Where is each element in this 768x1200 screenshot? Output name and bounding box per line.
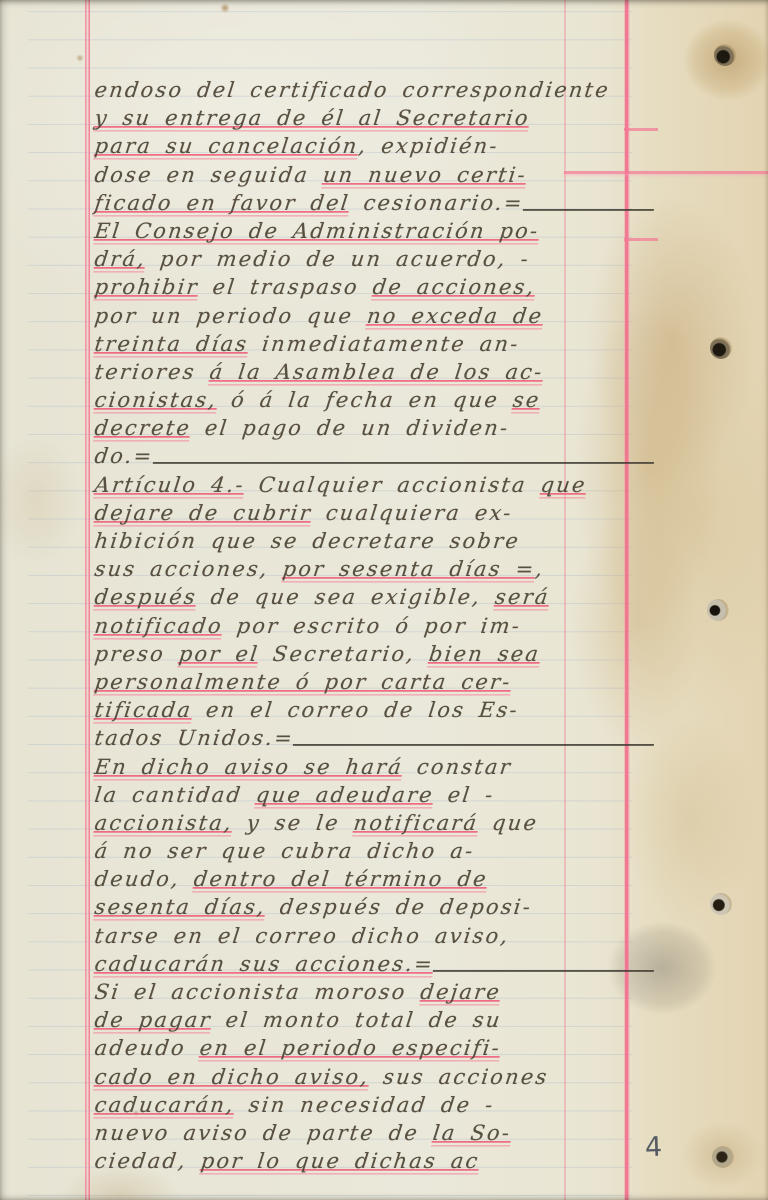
underlined-text: será <box>493 583 551 611</box>
underlined-text: cionistas, <box>93 386 219 414</box>
binding-hole <box>710 893 732 915</box>
text-line: la cantidad que adeudare el - <box>93 781 656 809</box>
underlined-text: notificado <box>93 612 225 640</box>
binding-hole <box>710 337 732 359</box>
underlined-text: que <box>539 471 588 499</box>
text-segment: dose en seguida <box>93 161 325 189</box>
text-segment: sus acciones <box>368 1063 551 1091</box>
text-segment: el pago de un dividen- <box>189 414 511 442</box>
binding-hole <box>714 44 736 66</box>
underlined-text: treinta días <box>93 330 250 358</box>
binding-hole <box>712 1146 734 1168</box>
text-line: ficado en favor del cesionario.= <box>93 189 656 217</box>
text-segment: hibición que se decretare sobre <box>93 527 522 555</box>
text-line: hibición que se decretare sobre <box>93 527 656 555</box>
ink-rule-line <box>432 950 656 978</box>
underlined-text: se <box>511 386 542 414</box>
text-line: y su entrega de él al Secretario <box>93 104 656 132</box>
text-segment: adeudo <box>93 1034 202 1062</box>
underlined-text: á la Asamblea de los ac- <box>208 358 545 386</box>
underlined-text: notificará <box>352 809 480 837</box>
text-segment: la cantidad <box>93 781 258 809</box>
underlined-text: de pagar <box>93 1006 214 1034</box>
text-line: sus acciones, por sesenta días =, <box>93 555 656 583</box>
text-segment: y se le <box>231 809 355 837</box>
text-line: á no ser que cubra dicho a- <box>93 837 656 865</box>
text-line: Artículo 4.- Cualquier accionista que <box>93 471 656 499</box>
underlined-text: que adeudare <box>254 781 435 809</box>
underlined-text: por sesenta días = <box>281 555 537 583</box>
text-segment: por un periodo que <box>93 302 369 330</box>
text-segment: de que sea exigible, <box>195 583 497 611</box>
left-margin-rule <box>85 0 91 1200</box>
underlined-text: en el periodo especifi- <box>198 1034 503 1062</box>
ink-rule-line <box>152 442 657 470</box>
text-segment: que <box>477 809 540 837</box>
underlined-text: Artículo 4.- <box>93 471 247 499</box>
underlined-text: prohibir <box>93 273 201 301</box>
binding-hole <box>707 599 729 621</box>
text-segment: á no ser que cubra dicho a- <box>93 837 476 865</box>
text-line: deudo, dentro del término de <box>93 865 656 893</box>
text-line: treinta días inmediatamente an- <box>93 330 656 358</box>
text-line: do.= <box>93 442 656 470</box>
underlined-text: un nuevo certi- <box>321 161 528 189</box>
text-segment: sus acciones, <box>93 555 285 583</box>
underlined-text: cado en dicho aviso, <box>93 1063 371 1091</box>
ink-rule-line <box>522 189 656 217</box>
text-line: ciedad, por lo que dichas ac <box>93 1147 656 1175</box>
text-segment: tados Unidos.= <box>93 724 296 752</box>
text-segment: ciedad, <box>93 1147 203 1175</box>
text-segment: constar <box>401 753 513 781</box>
text-line: caducarán sus acciones.= <box>93 950 656 978</box>
underlined-text: después <box>93 583 199 611</box>
text-line: cionistas, ó á la fecha en que se <box>93 386 656 414</box>
text-line: personalmente ó por carta cer- <box>93 668 656 696</box>
underlined-text: para su cancelación <box>93 132 360 160</box>
underlined-text: dejare de cubrir <box>93 499 314 527</box>
text-line: teriores á la Asamblea de los ac- <box>93 358 656 386</box>
underlined-text: dejare <box>419 978 503 1006</box>
text-line: tificada en el correo de los Es- <box>93 696 656 724</box>
page-number: 4 <box>644 1132 662 1164</box>
underlined-text: tificada <box>93 696 194 724</box>
underlined-text: El Consejo de Administración po- <box>93 217 541 245</box>
text-line: cado en dicho aviso, sus acciones <box>93 1063 656 1091</box>
underlined-text: personalmente ó por carta cer- <box>93 668 513 696</box>
text-segment: preso <box>93 640 181 668</box>
underlined-text: ficado en favor del <box>93 189 352 217</box>
text-segment: en el correo de los Es- <box>191 696 521 724</box>
text-line: de pagar el monto total de su <box>93 1006 656 1034</box>
text-segment: por medio de un acuerdo, - <box>144 245 531 273</box>
underlined-text: por lo que dichas ac <box>199 1147 481 1175</box>
ink-rule-line <box>292 724 656 752</box>
text-segment: cualquiera ex- <box>310 499 514 527</box>
text-line: Si el accionista moroso dejare <box>93 978 656 1006</box>
text-segment: cesionario.= <box>348 189 525 217</box>
text-line: sesenta días, después de deposi- <box>93 893 656 921</box>
text-line: preso por el Secretario, bien sea <box>93 640 656 668</box>
text-line: decrete el pago de un dividen- <box>93 414 656 442</box>
text-line: después de que sea exigible, será <box>93 583 656 611</box>
underlined-text: y su entrega de él al Secretario <box>93 104 532 132</box>
text-segment: el - <box>432 781 496 809</box>
text-segment: Si el accionista moroso <box>93 978 422 1006</box>
underlined-text: drá, <box>93 245 148 273</box>
underlined-text: de acciones, <box>371 273 537 301</box>
text-line: drá, por medio de un acuerdo, - <box>93 245 656 273</box>
underlined-text: sesenta días, <box>93 893 268 921</box>
text-line: por un periodo que no exceda de <box>93 302 656 330</box>
text-line: accionista, y se le notificará que <box>93 809 656 837</box>
text-segment: endoso del certificado correspondiente <box>93 76 612 104</box>
underlined-text: caducarán, <box>93 1091 237 1119</box>
text-segment: tarse en el correo dicho aviso, <box>93 922 511 950</box>
text-segment: por escrito ó por im- <box>221 612 523 640</box>
text-line: endoso del certificado correspondiente <box>93 76 656 104</box>
text-segment: después de deposi- <box>264 893 534 921</box>
text-line: nuevo aviso de parte de la So- <box>93 1119 656 1147</box>
text-segment: sin necesidad de - <box>233 1091 496 1119</box>
text-segment: Secretario, <box>257 640 430 668</box>
manuscript-page: endoso del certificado correspondientey … <box>0 0 768 1200</box>
text-segment: deudo, <box>93 865 196 893</box>
text-line: para su cancelación, expidién- <box>93 132 656 160</box>
handwritten-text: endoso del certificado correspondientey … <box>93 76 653 1175</box>
text-segment: , <box>534 555 546 583</box>
text-segment: inmediatamente an- <box>247 330 522 358</box>
underlined-text: la So- <box>431 1119 513 1147</box>
text-line: notificado por escrito ó por im- <box>93 612 656 640</box>
text-segment: teriores <box>93 358 211 386</box>
underlined-text: decrete <box>93 414 193 442</box>
text-line: El Consejo de Administración po- <box>93 217 656 245</box>
text-line: dejare de cubrir cualquiera ex- <box>93 499 656 527</box>
text-segment: el traspaso <box>197 273 374 301</box>
underlined-text: no exceda de <box>365 302 545 330</box>
text-line: prohibir el traspaso de acciones, <box>93 273 656 301</box>
text-line: En dicho aviso se hará constar <box>93 753 656 781</box>
underlined-text: bien sea <box>427 640 542 668</box>
text-segment: el monto total de su <box>210 1006 503 1034</box>
underlined-text: dentro del término de <box>192 865 489 893</box>
underlined-text: En dicho aviso se hará <box>93 753 405 781</box>
underlined-text: por el <box>177 640 261 668</box>
text-segment: ó á la fecha en que <box>216 386 515 414</box>
underlined-text: caducarán sus acciones.= <box>93 950 436 978</box>
text-line: dose en seguida un nuevo certi- <box>93 161 656 189</box>
text-segment: nuevo aviso de parte de <box>93 1119 435 1147</box>
text-line: adeudo en el periodo especifi- <box>93 1034 656 1062</box>
text-segment: , expidién- <box>357 132 501 160</box>
text-line: caducarán, sin necesidad de - <box>93 1091 656 1119</box>
underlined-text: accionista, <box>93 809 235 837</box>
text-segment: Cualquier accionista <box>243 471 542 499</box>
text-line: tados Unidos.= <box>93 724 656 752</box>
text-segment: do.= <box>93 442 155 470</box>
text-line: tarse en el correo dicho aviso, <box>93 922 656 950</box>
